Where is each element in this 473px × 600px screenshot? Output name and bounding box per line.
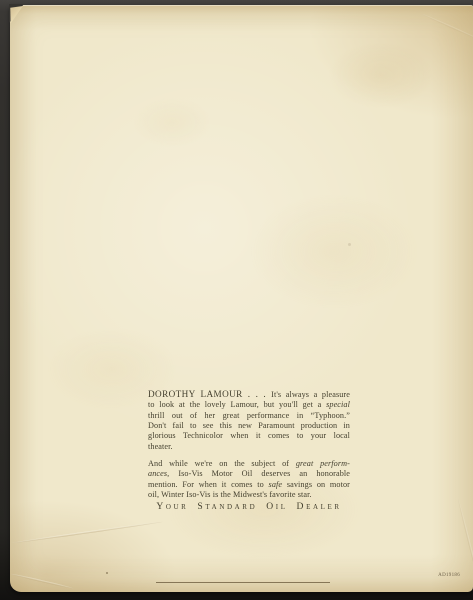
text-line: DOROTHY LAMOUR . . . It's always a pleas… — [148, 389, 350, 400]
text-line: theater. — [148, 442, 350, 452]
text-line: mention. For when it comes to safe savin… — [148, 480, 350, 490]
body-text: Don't fail to see this new Paramount pro… — [148, 421, 350, 430]
emphasized-text: safe — [269, 480, 283, 489]
text-line: glorious Technicolor when it comes to yo… — [148, 431, 350, 441]
text-line: Don't fail to see this new Paramount pro… — [148, 421, 350, 431]
folded-corner-flap — [10, 6, 24, 24]
dealer-line: Your Standard Oil Dealer — [148, 501, 350, 512]
body-text: theater. — [148, 442, 173, 451]
paper-page: DOROTHY LAMOUR . . . It's always a pleas… — [10, 5, 473, 592]
emphasized-text: ances, — [148, 469, 169, 478]
emphasized-text: special — [326, 400, 350, 409]
paper-speck-2 — [348, 243, 351, 246]
body-text: savings on motor — [282, 480, 350, 489]
print-code: AD19186 — [438, 573, 460, 578]
body-text: thrill out of her great performance in “… — [148, 411, 350, 420]
body-text: oil, Winter Iso-Vis is the Midwest's fav… — [148, 490, 312, 499]
crease-top-right — [422, 13, 473, 42]
paragraph: DOROTHY LAMOUR . . . It's always a pleas… — [148, 389, 350, 452]
body-copy: DOROTHY LAMOUR . . . It's always a pleas… — [148, 389, 350, 507]
text-line: thrill out of her great performance in “… — [148, 411, 350, 421]
scan-background: DOROTHY LAMOUR . . . It's always a pleas… — [0, 0, 473, 600]
paper-speck-1 — [106, 572, 108, 574]
body-text: And while we're on the subject of — [148, 459, 296, 468]
crease-bottom-left-1 — [12, 521, 163, 544]
lead-in-text: DOROTHY LAMOUR . . . — [148, 389, 271, 399]
body-text: to look at the lovely Lamour, but you'll… — [148, 400, 326, 409]
crease-right-edge — [457, 498, 473, 594]
text-line: oil, Winter Iso-Vis is the Midwest's fav… — [148, 490, 350, 500]
emphasized-text: great perform- — [296, 459, 350, 468]
text-line: And while we're on the subject of great … — [148, 459, 350, 469]
paragraph: And while we're on the subject of great … — [148, 459, 350, 500]
body-text: Iso-Vis Motor Oil deserves an honorable — [169, 469, 350, 478]
crease-bottom-left-2 — [11, 573, 74, 589]
body-text: It's always a pleasure — [271, 390, 350, 399]
body-text: mention. For when it comes to — [148, 480, 269, 489]
dealer-imprint-rule — [156, 582, 330, 583]
text-line: ances, Iso-Vis Motor Oil deserves an hon… — [148, 469, 350, 479]
body-text: glorious Technicolor when it comes to yo… — [148, 431, 350, 440]
text-line: to look at the lovely Lamour, but you'll… — [148, 400, 350, 410]
